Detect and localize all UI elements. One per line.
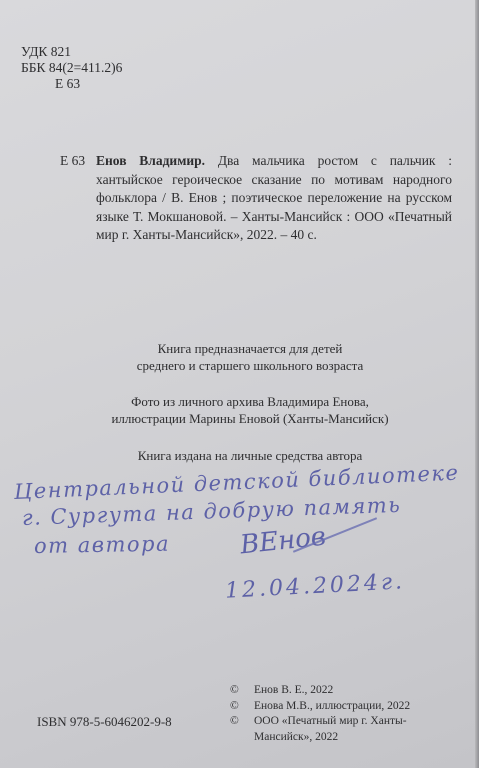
- copyright-text-multiline: ООО «Печатный мир г. Ханты- Мансийск», 2…: [254, 714, 407, 745]
- audience-note: Книга предназначается для детей среднего…: [60, 340, 440, 374]
- classification-block: УДК 821 ББК 84(2=411.2)6 Е 63: [21, 44, 122, 92]
- copyright-block: © Енов В. Е., 2022 © Енова М.В., иллюстр…: [230, 683, 410, 745]
- copyright-row: © Енов В. Е., 2022: [230, 683, 410, 699]
- audience-line-1: Книга предназначается для детей: [60, 340, 440, 357]
- photo-credit: Фото из личного архива Владимира Енова, …: [60, 393, 440, 427]
- biblio-author-mark: Е 63: [60, 152, 85, 171]
- copyright-text-continuation: Мансийск», 2022: [254, 730, 407, 746]
- bibliographic-record: Е 63 Енов Владимир. Два мальчика ростом …: [60, 152, 460, 245]
- audience-line-2: среднего и старшего школьного возраста: [60, 357, 440, 374]
- copyright-icon: ©: [230, 699, 254, 715]
- copyright-text: Енов В. Е., 2022: [254, 683, 333, 699]
- author-mark: Е 63: [21, 76, 122, 92]
- copyright-text: Енова М.В., иллюстрации, 2022: [254, 699, 410, 715]
- copyright-row: © ООО «Печатный мир г. Ханты- Мансийск»,…: [230, 714, 410, 745]
- copyright-icon: ©: [230, 683, 254, 699]
- biblio-author: Енов Владимир.: [96, 153, 205, 168]
- bbk-code: ББК 84(2=411.2)6: [21, 60, 122, 76]
- photo-credit-line-2: иллюстрации Марины Еновой (Ханты-Мансийс…: [60, 410, 440, 427]
- inscription-date: 12.04.2024г.: [224, 569, 405, 603]
- biblio-text: Енов Владимир. Два мальчика ростом с пал…: [96, 152, 452, 245]
- copyright-icon: ©: [230, 714, 254, 745]
- copyright-row: © Енова М.В., иллюстрации, 2022: [230, 699, 410, 715]
- photo-credit-line-1: Фото из личного архива Владимира Енова,: [60, 393, 440, 410]
- isbn: ISBN 978-5-6046202-9-8: [37, 714, 172, 730]
- copyright-text: ООО «Печатный мир г. Ханты-: [254, 714, 407, 730]
- handwritten-inscription: Центральной детской библиотеке г. Сургут…: [0, 462, 479, 602]
- page-edge: [475, 0, 479, 768]
- udk-code: УДК 821: [21, 44, 122, 60]
- inscription-line-3: от автора: [34, 532, 170, 558]
